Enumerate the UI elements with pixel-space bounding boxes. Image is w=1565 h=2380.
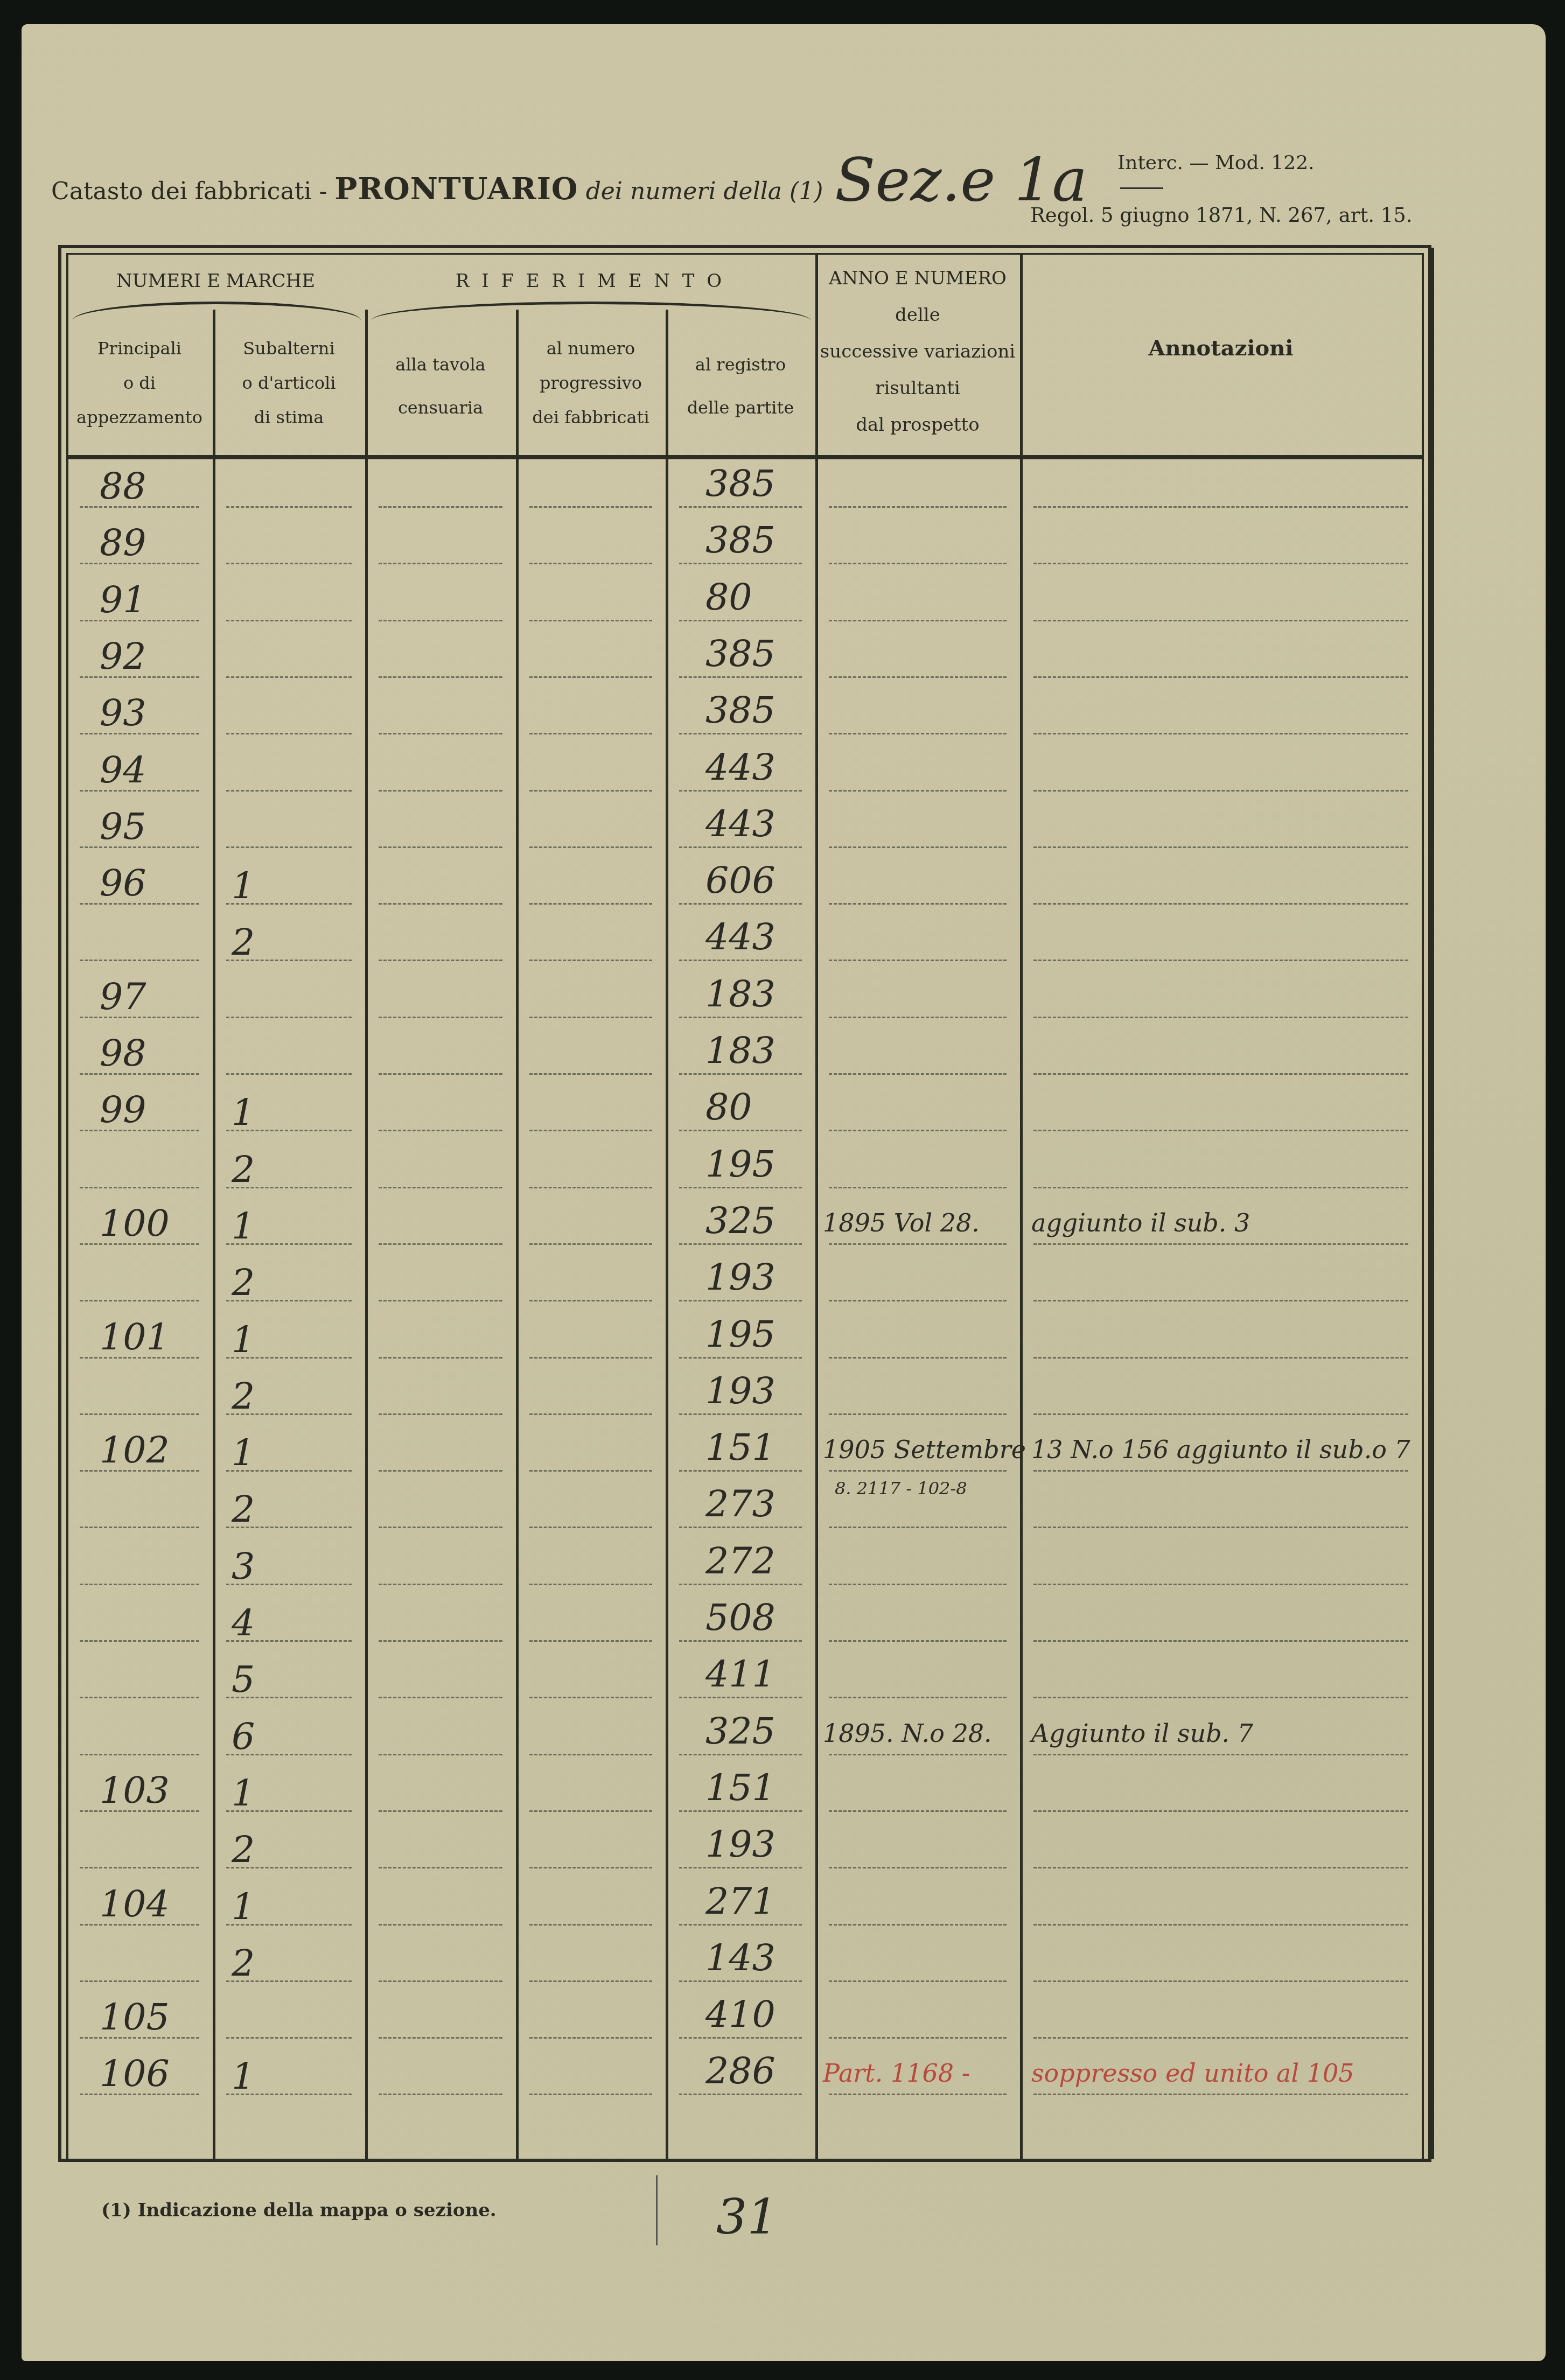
title-prefix: Catasto dei fabbricati - — [51, 178, 327, 205]
row-rule — [379, 1413, 502, 1415]
row-rule — [829, 1130, 1007, 1131]
cell-subalterni: 1 — [232, 868, 255, 905]
row-rule — [1033, 1810, 1408, 1812]
column-header-tavola: alla tavola — [365, 350, 516, 379]
row-rule — [226, 2037, 352, 2039]
column-header-progressivo: dei fabbricati — [516, 403, 666, 432]
row-rule — [379, 620, 502, 621]
row-rule — [529, 1810, 652, 1812]
row-rule — [226, 846, 352, 848]
row-rule — [529, 2037, 652, 2039]
regulation-reference: Regol. 5 giugno 1871, N. 267, art. 15. — [1030, 204, 1413, 227]
row-rule — [1033, 1754, 1408, 1755]
row-rule — [829, 733, 1007, 734]
row-rule — [80, 1754, 199, 1755]
row-rule — [1033, 1527, 1408, 1528]
cell-subalterni: 3 — [232, 1549, 255, 1585]
row-rule — [529, 1584, 652, 1585]
cell-subalterni: 2 — [232, 1832, 255, 1868]
column-header-subalterni: Subalterni — [213, 334, 365, 363]
row-rule — [529, 790, 652, 792]
row-rule — [1033, 1243, 1408, 1245]
column-header-tavola: censuaria — [365, 393, 516, 422]
cell-principali: 89 — [100, 525, 146, 562]
row-rule — [379, 1697, 502, 1698]
row-rule — [829, 1697, 1007, 1698]
cell-subalterni: 2 — [232, 1152, 255, 1188]
form-code: Interc. — Mod. 122. — [1117, 152, 1315, 174]
row-rule — [1033, 2037, 1408, 2039]
row-rule — [829, 1867, 1007, 1868]
row-rule — [379, 960, 502, 961]
row-rule — [679, 1413, 802, 1415]
row-rule — [529, 1130, 652, 1131]
row-rule — [679, 2037, 802, 2039]
row-rule — [529, 1924, 652, 1926]
column-header-progressivo: al numero — [516, 334, 666, 363]
row-rule — [529, 676, 652, 678]
row-rule — [1033, 790, 1408, 792]
cell-principali: 97 — [100, 979, 146, 1016]
row-rule — [379, 733, 502, 734]
cell-subalterni: 4 — [232, 1605, 255, 1642]
cell-annotazioni: Aggiunto il sub. 7 — [1031, 1719, 1253, 1748]
cell-registro: 80 — [705, 1089, 752, 1126]
row-rule — [679, 1697, 802, 1698]
group-header-anno-line: successive variazioni — [815, 337, 1020, 366]
column-divider — [815, 253, 818, 2159]
cell-registro: 271 — [705, 1884, 775, 1920]
row-rule — [529, 1867, 652, 1868]
row-rule — [379, 1867, 502, 1868]
row-rule — [829, 1754, 1007, 1755]
row-rule — [829, 2037, 1007, 2039]
cell-principali: 91 — [100, 582, 146, 619]
cell-registro: 443 — [705, 806, 775, 843]
column-divider — [66, 253, 68, 2159]
cell-registro: 385 — [705, 636, 775, 673]
row-rule — [1033, 563, 1408, 564]
cell-registro: 272 — [705, 1543, 775, 1580]
row-rule — [829, 903, 1007, 905]
cell-anno-variazioni: 1895 Vol 28. — [823, 1208, 980, 1237]
table-top-rule — [66, 253, 1423, 255]
column-header-principali: o di — [66, 368, 213, 397]
row-rule — [379, 676, 502, 678]
cell-principali: 93 — [100, 695, 146, 732]
row-rule — [829, 960, 1007, 961]
cell-principali: 99 — [100, 1092, 146, 1129]
row-rule — [1033, 1073, 1408, 1075]
cell-registro: 443 — [705, 919, 775, 956]
row-rule — [80, 1867, 199, 1868]
row-rule — [1033, 620, 1408, 621]
row-rule — [679, 1017, 802, 1018]
row-rule — [529, 563, 652, 564]
cell-registro: 193 — [705, 1373, 775, 1410]
cell-principali: 103 — [100, 1773, 170, 1809]
column-divider — [516, 310, 519, 2159]
row-rule — [679, 506, 802, 508]
cell-registro: 273 — [705, 1486, 775, 1523]
row-rule — [679, 1584, 802, 1585]
row-rule — [80, 1187, 199, 1188]
row-rule — [1033, 1867, 1408, 1868]
row-rule — [80, 1697, 199, 1698]
cell-principali: 92 — [100, 639, 146, 675]
cell-subalterni: 1 — [232, 1322, 255, 1359]
row-rule — [529, 1754, 652, 1755]
row-rule — [679, 1527, 802, 1528]
row-rule — [226, 1017, 352, 1018]
row-rule — [1033, 1584, 1408, 1585]
cell-principali: 105 — [100, 1999, 170, 2036]
row-rule — [379, 2094, 502, 2095]
row-rule — [829, 620, 1007, 621]
cell-principali: 88 — [100, 468, 146, 505]
cell-subalterni: 1 — [232, 1435, 255, 1472]
row-rule — [829, 2094, 1007, 2095]
row-rule — [379, 790, 502, 792]
cell-registro: 195 — [705, 1146, 775, 1183]
cell-registro: 151 — [705, 1430, 775, 1466]
cell-principali: 98 — [100, 1035, 146, 1072]
cell-principali: 100 — [100, 1206, 170, 1242]
row-rule — [679, 790, 802, 792]
cell-subalterni: 2 — [232, 1945, 255, 1982]
cell-principali: 95 — [100, 809, 146, 845]
group-header-anno-line: dal prospetto — [815, 410, 1020, 439]
column-header-subalterni: o d'articoli — [213, 368, 365, 397]
row-rule — [679, 1187, 802, 1188]
row-rule — [1033, 1470, 1408, 1472]
row-rule — [529, 1980, 652, 1982]
cell-registro: 385 — [705, 692, 775, 729]
cell-registro: 411 — [705, 1656, 775, 1693]
row-rule — [529, 1527, 652, 1528]
cell-principali: 106 — [100, 2056, 170, 2092]
row-rule — [1033, 733, 1408, 734]
row-rule — [379, 1073, 502, 1075]
cell-registro: 385 — [705, 522, 775, 559]
group-header-anno-line: delle — [815, 300, 1020, 330]
row-rule — [529, 2094, 652, 2095]
row-rule — [1033, 903, 1408, 905]
row-rule — [529, 960, 652, 961]
cell-registro: 183 — [705, 976, 775, 1013]
row-rule — [679, 1300, 802, 1301]
cell-subalterni: 1 — [232, 1775, 255, 1812]
row-rule — [679, 1243, 802, 1245]
row-rule — [529, 1470, 652, 1472]
row-rule — [829, 790, 1007, 792]
cell-registro: 325 — [705, 1203, 775, 1240]
cell-principali: 102 — [100, 1432, 170, 1469]
cell-subalterni: 6 — [232, 1719, 255, 1755]
row-rule — [829, 846, 1007, 848]
cell-subalterni: 2 — [232, 925, 255, 961]
row-rule — [679, 1980, 802, 1982]
row-rule — [679, 1867, 802, 1868]
cell-subalterni: 2 — [232, 1265, 255, 1301]
row-rule — [529, 1640, 652, 1642]
row-rule — [529, 733, 652, 734]
table-right-border — [1430, 248, 1434, 2159]
row-rule — [679, 620, 802, 621]
group-header-numeri: NUMERI E MARCHE — [66, 267, 365, 296]
column-header-subalterni: di stima — [213, 403, 365, 432]
cell-registro: 410 — [705, 1997, 775, 2033]
cell-registro: 195 — [705, 1317, 775, 1353]
row-rule — [379, 1980, 502, 1982]
cell-subalterni: 1 — [232, 2059, 255, 2095]
cell-subalterni: 1 — [232, 1208, 255, 1245]
row-rule — [379, 1357, 502, 1359]
row-rule — [679, 1924, 802, 1926]
row-rule — [679, 903, 802, 905]
row-rule — [1033, 1924, 1408, 1926]
row-rule — [679, 2094, 802, 2095]
row-rule — [1033, 1300, 1408, 1301]
footnote: (1) Indicazione della mappa o sezione. — [101, 2200, 497, 2221]
row-rule — [379, 1810, 502, 1812]
column-header-registro: delle partite — [666, 393, 815, 422]
row-rule — [80, 1300, 199, 1301]
row-rule — [226, 790, 352, 792]
row-rule — [679, 676, 802, 678]
row-rule — [1033, 1980, 1408, 1982]
row-rule — [679, 960, 802, 961]
cell-registro: 385 — [705, 466, 775, 502]
row-rule — [379, 1017, 502, 1018]
row-rule — [529, 1357, 652, 1359]
row-rule — [829, 1300, 1007, 1301]
cell-registro: 508 — [705, 1600, 775, 1636]
cell-registro: 151 — [705, 1770, 775, 1807]
row-rule — [379, 2037, 502, 2039]
row-rule — [529, 1243, 652, 1245]
row-rule — [829, 1357, 1007, 1359]
title-suffix: dei numeri della (1) — [586, 178, 823, 205]
row-rule — [1033, 1130, 1408, 1131]
row-rule — [529, 1017, 652, 1018]
header-bottom-rule — [66, 455, 1423, 459]
row-rule — [379, 1640, 502, 1642]
row-rule — [226, 506, 352, 508]
group-header-anno-line: ANNO E NUMERO — [815, 264, 1020, 293]
column-header-principali: Principali — [66, 334, 213, 363]
cell-subalterni: 2 — [232, 1492, 255, 1528]
row-rule — [829, 1810, 1007, 1812]
row-rule — [226, 1073, 352, 1075]
margin-mark — [656, 2175, 658, 2245]
row-rule — [829, 563, 1007, 564]
row-rule — [379, 1243, 502, 1245]
row-rule — [1033, 1187, 1408, 1188]
row-rule — [1033, 676, 1408, 678]
row-rule — [829, 1640, 1007, 1642]
row-rule — [80, 1413, 199, 1415]
row-rule — [80, 1980, 199, 1982]
row-rule — [679, 563, 802, 564]
form-title: Catasto dei fabbricati - PRONTUARIO dei … — [51, 171, 823, 207]
cell-anno-variazioni: 1905 Settembre — [823, 1435, 1026, 1464]
cell-registro: 193 — [705, 1826, 775, 1863]
cell-registro: 286 — [705, 2053, 775, 2090]
row-rule — [1033, 2094, 1408, 2095]
row-rule — [829, 506, 1007, 508]
row-rule — [379, 846, 502, 848]
row-rule — [679, 1470, 802, 1472]
row-rule — [529, 903, 652, 905]
row-rule — [379, 1754, 502, 1755]
group-header-annotazioni: Annotazioni — [1020, 334, 1422, 363]
row-rule — [829, 1527, 1007, 1528]
row-rule — [679, 1357, 802, 1359]
cell-annotazioni: aggiunto il sub. 3 — [1031, 1208, 1250, 1237]
row-rule — [829, 1243, 1007, 1245]
row-rule — [1033, 1697, 1408, 1698]
row-rule — [529, 1187, 652, 1188]
cell-anno-red-note: 8. 2117 - 102-8 — [835, 1478, 967, 1499]
row-rule — [1033, 846, 1408, 848]
cell-principali: 96 — [100, 865, 146, 902]
row-rule — [829, 1413, 1007, 1415]
cell-registro: 183 — [705, 1033, 775, 1069]
row-rule — [1033, 1640, 1408, 1642]
cell-registro: 143 — [705, 1940, 775, 1977]
column-header-progressivo: progressivo — [516, 368, 666, 397]
row-rule — [679, 1754, 802, 1755]
row-rule — [226, 676, 352, 678]
row-rule — [829, 1470, 1007, 1472]
row-rule — [529, 1300, 652, 1301]
row-rule — [379, 1924, 502, 1926]
column-divider — [1020, 253, 1023, 2159]
row-rule — [1033, 1357, 1408, 1359]
row-rule — [226, 733, 352, 734]
row-rule — [379, 903, 502, 905]
row-rule — [80, 1527, 199, 1528]
cell-subalterni: 5 — [232, 1662, 255, 1698]
row-rule — [1033, 506, 1408, 508]
column-divider — [1422, 253, 1424, 2159]
row-rule — [829, 1584, 1007, 1585]
cell-principali: 104 — [100, 1886, 170, 1923]
row-rule — [529, 1413, 652, 1415]
row-rule — [226, 620, 352, 621]
row-rule — [679, 733, 802, 734]
cell-registro: 193 — [705, 1259, 775, 1296]
row-rule — [829, 1924, 1007, 1926]
cell-anno-variazioni: 1895. N.o 28. — [823, 1719, 992, 1748]
cell-annotazioni: 13 N.o 156 aggiunto il sub.o 7 — [1031, 1435, 1410, 1464]
row-rule — [679, 1640, 802, 1642]
row-rule — [679, 1073, 802, 1075]
cell-registro: 325 — [705, 1713, 775, 1750]
row-rule — [379, 1584, 502, 1585]
row-rule — [379, 1300, 502, 1301]
row-rule — [529, 1073, 652, 1075]
column-header-principali: appezzamento — [66, 403, 213, 432]
row-rule — [679, 1810, 802, 1812]
row-rule — [679, 846, 802, 848]
row-rule — [529, 846, 652, 848]
cell-annotazioni: soppresso ed unito al 105 — [1031, 2059, 1354, 2088]
row-rule — [829, 1980, 1007, 1982]
row-rule — [379, 506, 502, 508]
row-rule — [829, 1187, 1007, 1188]
cell-registro: 443 — [705, 750, 775, 786]
column-header-registro: al registro — [666, 350, 815, 379]
title-bold: PRONTUARIO — [334, 171, 578, 207]
cell-subalterni: 1 — [232, 1095, 255, 1131]
row-rule — [829, 676, 1007, 678]
row-rule — [679, 1130, 802, 1131]
cell-registro: 606 — [705, 863, 775, 899]
row-rule — [80, 960, 199, 961]
row-rule — [379, 1187, 502, 1188]
row-rule — [1033, 1017, 1408, 1018]
row-rule — [379, 563, 502, 564]
column-divider — [213, 310, 215, 2159]
cell-anno-variazioni: Part. 1168 - — [823, 2059, 970, 2088]
group-header-anno-line: risultanti — [815, 374, 1020, 403]
row-rule — [379, 1130, 502, 1131]
cell-registro: 80 — [705, 579, 752, 616]
row-rule — [226, 563, 352, 564]
row-rule — [829, 1073, 1007, 1075]
row-rule — [529, 1697, 652, 1698]
cell-principali: 101 — [100, 1319, 170, 1356]
row-rule — [1033, 1413, 1408, 1415]
cell-principali: 94 — [100, 752, 146, 789]
form-code-rule — [1120, 187, 1163, 189]
row-rule — [80, 1584, 199, 1585]
row-rule — [529, 620, 652, 621]
row-rule — [379, 1470, 502, 1472]
column-divider — [666, 310, 668, 2159]
column-divider — [365, 310, 368, 2159]
row-rule — [529, 506, 652, 508]
row-rule — [80, 1640, 199, 1642]
group-header-riferimento: R I F E R I M E N T O — [365, 267, 815, 296]
page-number: 31 — [716, 2189, 778, 2245]
row-rule — [379, 1527, 502, 1528]
row-rule — [1033, 960, 1408, 961]
cell-subalterni: 1 — [232, 1889, 255, 1926]
row-rule — [829, 1017, 1007, 1018]
cell-subalterni: 2 — [232, 1378, 255, 1415]
